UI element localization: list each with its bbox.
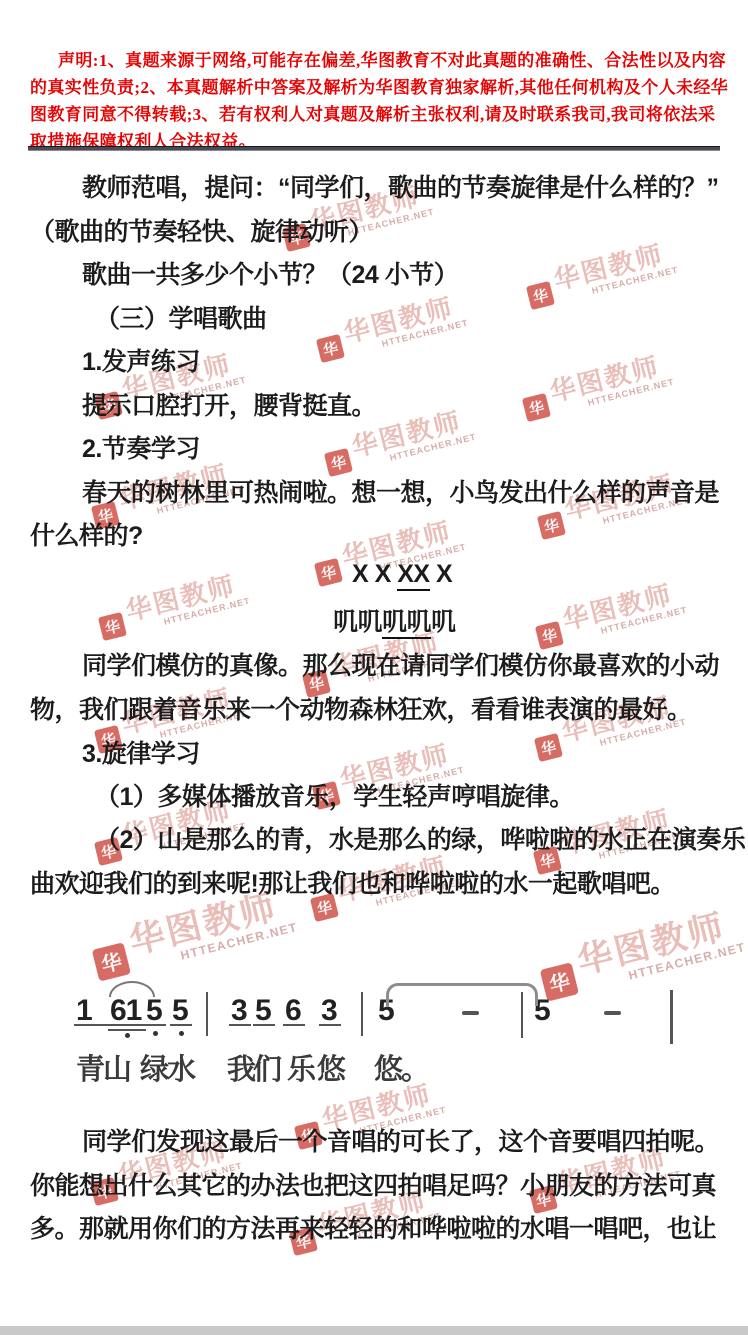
huatu-watermark-text: 华图教师HTTEACHER.NET (574, 905, 747, 994)
huatu-watermark: 华华图教师HTTEACHER.NET (538, 913, 747, 1004)
huatu-logo-icon: 华 (522, 393, 551, 422)
huatu-logo-icon: 华 (534, 733, 563, 762)
body-text-line: 物，我们跟着音乐来一个动物森林狂欢，看看谁表演的最好。 (30, 690, 692, 726)
separator-line (28, 146, 720, 151)
body-text-line: 1.发声练习 (82, 342, 200, 378)
score-note-digit: 3 (231, 996, 247, 1026)
body-text-line: 同学们发现这最后一个音唱的可长了，这个音要唱四拍呢。 (82, 1122, 719, 1158)
score-note-digit: 5 (255, 996, 271, 1026)
huatu-watermark: 华华图教师HTTEACHER.NET (314, 297, 469, 364)
huatu-site-text: HTTEACHER.NET (583, 941, 747, 994)
score-beam-underline (229, 1024, 251, 1026)
score-lyric-char: 我 (227, 1056, 256, 1085)
score-lyric-char: 山 (103, 1056, 132, 1085)
body-text-line: 多。那就用你们的方法再来轻轻的和哗啦啦的水唱一唱吧，也让 (30, 1209, 716, 1245)
body-text-line: （1）多媒体播放音乐，学生轻声哼唱旋律。 (95, 777, 574, 813)
huatu-logo-icon: 华 (316, 334, 345, 363)
huatu-watermark: 华华图教师HTTEACHER.NET (524, 244, 679, 311)
huatu-site-text: HTTEACHER.NET (135, 921, 299, 974)
huatu-brand-text: 华图教师 (123, 569, 249, 625)
score-barline (670, 990, 673, 1044)
score-note-digit: 6 (285, 996, 301, 1026)
huatu-logo-icon: 华 (314, 558, 343, 587)
score-barline (361, 992, 363, 1036)
score-lyric-char: 水 (167, 1056, 196, 1085)
huatu-brand-text: 华图教师 (551, 238, 677, 294)
score-note-digit: 5 (172, 996, 188, 1026)
body-text-line: （三）学唱歌曲 (95, 299, 267, 335)
page-bottom-edge (0, 1326, 748, 1335)
disclaimer-line: 图教育同意不得转载;3、若有权利人对真题及解析主张权利,请及时联系我司,我司将依… (30, 100, 715, 125)
score-octave-dot (179, 1031, 184, 1036)
huatu-watermark-text: 华图教师HTTEACHER.NET (123, 569, 251, 635)
body-text-line: X X XX X (352, 560, 452, 589)
body-text-line: 叽叽叽叽叽 (333, 602, 456, 638)
score-tie-arc (386, 983, 538, 1006)
score-lyric-char: 悠 (317, 1056, 346, 1085)
huatu-logo-icon: 华 (537, 511, 566, 540)
body-text-line: 什么样的? (30, 516, 143, 552)
huatu-logo-icon: 华 (526, 281, 555, 310)
score-lyric-char: 青 (76, 1056, 105, 1085)
score-beam-underline (144, 1024, 166, 1026)
body-text-line: 同学们模仿的真像。那么现在请同学们模仿你最喜欢的小动 (82, 646, 719, 682)
score-octave-dot (125, 1033, 130, 1038)
score-duration-dash (604, 1011, 621, 1015)
huatu-site-text: HTTEACHER.NET (558, 265, 680, 304)
score-note-digit: 61 (110, 996, 141, 1026)
body-text-line: （歌曲的节奏轻快、旋律动听） (30, 212, 373, 248)
huatu-brand-text: 华图教师 (560, 578, 686, 634)
score-beam-underline (74, 1024, 146, 1026)
body-text-line: 提示口腔打开，腰背挺直。 (82, 386, 376, 422)
score-note-digit: 5 (146, 996, 162, 1026)
huatu-watermark-text: 华图教师HTTEACHER.NET (551, 238, 679, 304)
body-text-line: 教师范唱，提问：“同学们，歌曲的节奏旋律是什么样的？” (82, 168, 719, 204)
score-beam-underline (170, 1024, 192, 1026)
disclaimer-line: 声明:1、真题来源于网络,可能存在偏差,华图教育不对此真题的准确性、合法性以及内… (58, 46, 726, 71)
huatu-brand-text: 华图教师 (547, 350, 673, 406)
huatu-watermark: 华华图教师HTTEACHER.NET (96, 575, 251, 642)
score-barline (206, 992, 208, 1036)
score-lyric-char: 悠 (374, 1056, 403, 1085)
huatu-brand-text: 华图教师 (341, 291, 467, 347)
huatu-site-text: HTTEACHER.NET (567, 605, 689, 644)
score-slur-arc (109, 981, 155, 997)
rhythm-text: X X (352, 560, 397, 588)
huatu-watermark: 华华图教师HTTEACHER.NET (90, 893, 299, 984)
body-text-line: 2.节奏学习 (82, 429, 200, 465)
score-beam-underline (283, 1024, 305, 1026)
huatu-site-text: HTTEACHER.NET (554, 377, 676, 416)
huatu-watermark-text: 华图教师HTTEACHER.NET (341, 291, 469, 357)
huatu-logo-icon: 华 (98, 612, 127, 641)
score-note-digit: 3 (321, 996, 337, 1026)
rhythm-text: 叽叽 (333, 608, 382, 636)
score-lyric-char: 们 (253, 1056, 282, 1085)
disclaimer-line: 的真实性负责;2、本真题解析中答案及解析为华图教育独家解析,其他任何机构及个人未… (30, 73, 728, 98)
huatu-logo-icon: 华 (92, 942, 131, 981)
huatu-watermark: 华华图教师HTTEACHER.NET (533, 584, 688, 651)
huatu-site-text: HTTEACHER.NET (348, 318, 470, 357)
score-lyric-char: 。 (401, 1056, 430, 1085)
disclaimer-prefix: 声明: (58, 51, 99, 70)
score-beam-underline (319, 1024, 341, 1026)
score-lyric-char: 乐 (287, 1056, 316, 1085)
score-duration-dash (462, 1011, 479, 1015)
huatu-watermark: 华华图教师HTTEACHER.NET (520, 356, 675, 423)
huatu-watermark-text: 华图教师HTTEACHER.NET (560, 578, 688, 644)
body-text-line: 曲欢迎我们的到来呢!那让我们也和哗啦啦的水一起歌唱吧。 (30, 864, 675, 900)
body-text-line: （2）山是那么的青，水是那么的绿，哗啦啦的水正在演奏乐 (95, 820, 745, 856)
huatu-brand-text: 华图教师 (574, 905, 744, 981)
score-note-digit: 1 (76, 996, 92, 1026)
huatu-site-text: HTTEACHER.NET (130, 596, 252, 635)
score-beam-underline (108, 1029, 146, 1031)
document-page: 华华图教师HTTEACHER.NET华华图教师HTTEACHER.NET华华图教… (0, 0, 748, 1335)
huatu-watermark-text: 华图教师HTTEACHER.NET (547, 350, 675, 416)
score-lyric-char: 绿 (140, 1056, 169, 1085)
underlined-rhythm-text: XX (397, 560, 429, 591)
score-octave-dot (153, 1031, 158, 1036)
rhythm-text: X (430, 560, 453, 588)
score-beam-underline (253, 1024, 275, 1026)
body-text-line: 歌曲一共多少个小节？（24 小节） (82, 255, 458, 291)
underlined-rhythm-text: 叽叽 (382, 608, 431, 639)
rhythm-text: 叽 (431, 608, 456, 636)
body-text-line: 3.旋律学习 (82, 734, 200, 770)
body-text-line: 春天的树林里可热闹啦。想一想，小鸟发出什么样的声音是 (82, 473, 719, 509)
huatu-site-text: HTTEACHER.NET (356, 432, 478, 471)
body-text-line: 你能想出什么其它的办法也把这四拍唱足吗？小朋友的方法可真 (30, 1166, 716, 1202)
